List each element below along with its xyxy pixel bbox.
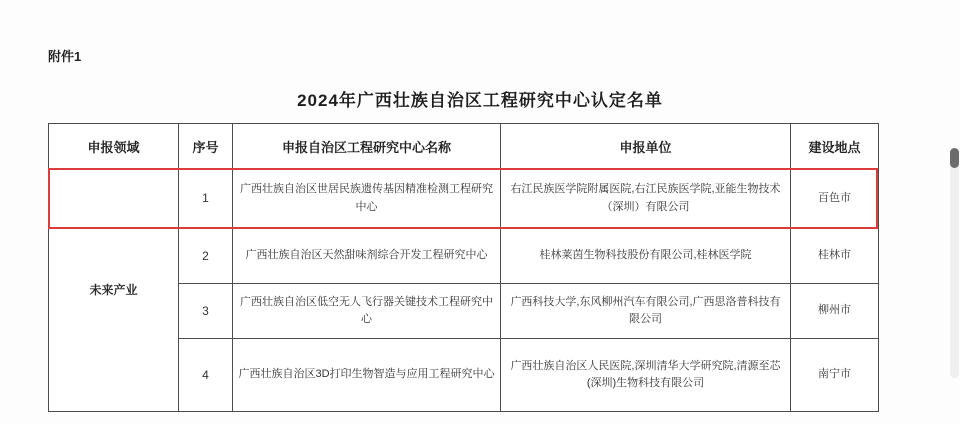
field-group-cell: 未来产业 xyxy=(49,169,179,412)
header-location: 建设地点 xyxy=(791,124,879,169)
row-applicant: 桂林莱茵生物科技股份有限公司,桂林医学院 xyxy=(501,229,791,284)
row-applicant: 广西壮族自治区人民医院,深圳清华大学研究院,清源至芯(深圳)生物科技有限公司 xyxy=(501,339,791,412)
attachment-label: 附件1 xyxy=(48,46,81,65)
scrollbar-thumb[interactable] xyxy=(950,148,959,168)
scrollbar-track[interactable] xyxy=(950,148,959,378)
row-location: 柳州市 xyxy=(791,284,879,339)
table-header-row: 申报领域 序号 申报自治区工程研究中心名称 申报单位 建设地点 xyxy=(49,124,879,169)
row-applicant: 右江民族医学院附属医院,右江民族医学院,亚能生物技术（深圳）有限公司 xyxy=(501,169,791,229)
row-location: 南宁市 xyxy=(791,339,879,412)
recognition-list-table: 申报领域 序号 申报自治区工程研究中心名称 申报单位 建设地点 未来产业 1 广… xyxy=(48,123,879,412)
row-no: 4 xyxy=(179,339,233,412)
header-no: 序号 xyxy=(179,124,233,169)
row-no: 2 xyxy=(179,229,233,284)
page-title: 2024年广西壮族自治区工程研究中心认定名单 xyxy=(0,86,960,111)
row-applicant: 广西科技大学,东风柳州汽车有限公司,广西思洛普科技有限公司 xyxy=(501,284,791,339)
row-no: 3 xyxy=(179,284,233,339)
row-location: 桂林市 xyxy=(791,229,879,284)
header-name: 申报自治区工程研究中心名称 xyxy=(233,124,501,169)
row-center-name: 广西壮族自治区3D打印生物智造与应用工程研究中心 xyxy=(233,339,501,412)
row-location: 百色市 xyxy=(791,169,879,229)
header-field: 申报领域 xyxy=(49,124,179,169)
row-no: 1 xyxy=(179,169,233,229)
table-row: 未来产业 1 广西壮族自治区世居民族遗传基因精准检测工程研究中心 右江民族医学院… xyxy=(49,169,879,229)
header-applicant: 申报单位 xyxy=(501,124,791,169)
row-center-name: 广西壮族自治区低空无人飞行器关键技术工程研究中心 xyxy=(233,284,501,339)
row-center-name: 广西壮族自治区世居民族遗传基因精准检测工程研究中心 xyxy=(233,169,501,229)
row-center-name: 广西壮族自治区天然甜味剂综合开发工程研究中心 xyxy=(233,229,501,284)
